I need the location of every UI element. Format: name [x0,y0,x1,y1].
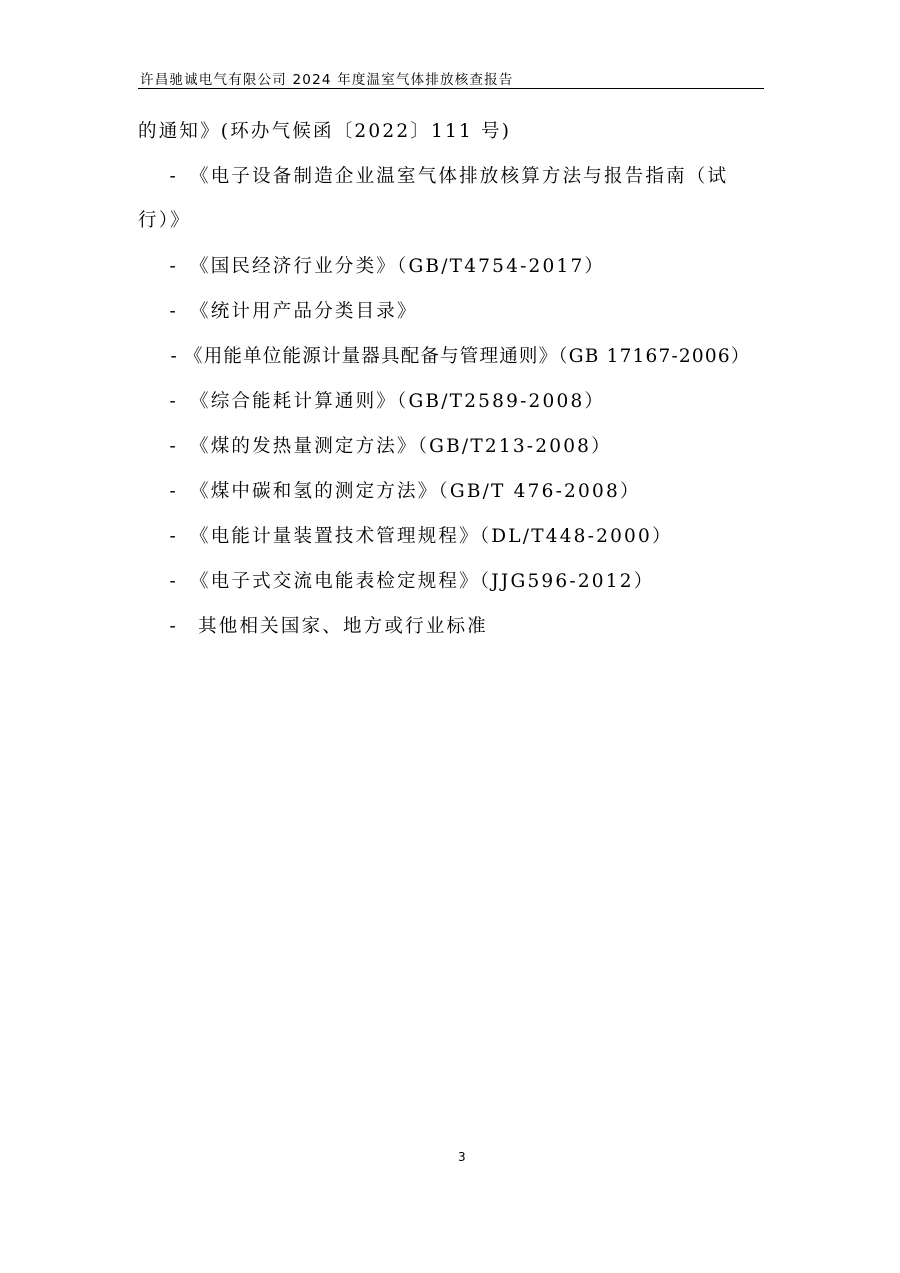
reference-continuation: 行）》 [138,207,191,235]
bullet-dash: - [138,388,178,416]
reference-item: - 其他相关国家、地方或行业标准 [138,613,488,641]
reference-item: -《煤的发热量测定方法》（GB/T213-2008） [138,433,612,461]
bullet-dash: - [138,523,178,551]
reference-text: 《煤的发热量测定方法》（GB/T213-2008） [190,436,612,457]
reference-item: -《统计用产品分类目录》 [138,298,418,326]
reference-text: 《统计用产品分类目录》 [190,301,418,322]
reference-item: -《综合能耗计算通则》（GB/T2589-2008） [138,388,605,416]
reference-text: 《用能单位能源计量器具配备与管理通则》（GB 17167-2006） [184,346,751,367]
bullet-dash: - [138,433,178,461]
reference-item: -《煤中碳和氢的测定方法》（GB/T 476-2008） [138,478,641,506]
reference-item: -《电子式交流电能表检定规程》（JJG596-2012） [138,568,654,596]
bullet-dash: - [138,478,178,506]
reference-text: 《电子设备制造企业温室气体排放核算方法与报告指南（试 [190,166,728,187]
reference-text: 《电能计量装置技术管理规程》（DL/T448-2000） [190,526,673,547]
reference-item: -《电子设备制造企业温室气体排放核算方法与报告指南（试 [138,163,728,191]
bullet-dash: - [138,298,178,326]
bullet-dash: - [138,613,178,641]
bullet-dash: - [138,568,178,596]
reference-text: 《煤中碳和氢的测定方法》（GB/T 476-2008） [190,481,641,502]
reference-item: -《用能单位能源计量器具配备与管理通则》（GB 17167-2006） [138,343,751,371]
bullet-dash: - [138,163,178,191]
bullet-dash: - [138,253,178,281]
bullet-dash: - [138,343,178,371]
reference-text: 其他相关国家、地方或行业标准 [190,616,488,637]
page-header: 许昌驰诚电气有限公司 2024 年度温室气体排放核查报告 [138,64,764,89]
reference-text: 《电子式交流电能表检定规程》（JJG596-2012） [190,571,654,592]
page-number: 3 [458,1150,466,1164]
reference-text: 《综合能耗计算通则》（GB/T2589-2008） [190,391,605,412]
reference-text: 《国民经济行业分类》（GB/T4754-2017） [190,256,605,277]
continuation-line: 的通知》(环办气候函〔2022〕111 号) [138,118,511,146]
reference-item: -《国民经济行业分类》（GB/T4754-2017） [138,253,605,281]
header-title: 许昌驰诚电气有限公司 2024 年度温室气体排放核查报告 [140,68,514,88]
reference-item: -《电能计量装置技术管理规程》（DL/T448-2000） [138,523,673,551]
